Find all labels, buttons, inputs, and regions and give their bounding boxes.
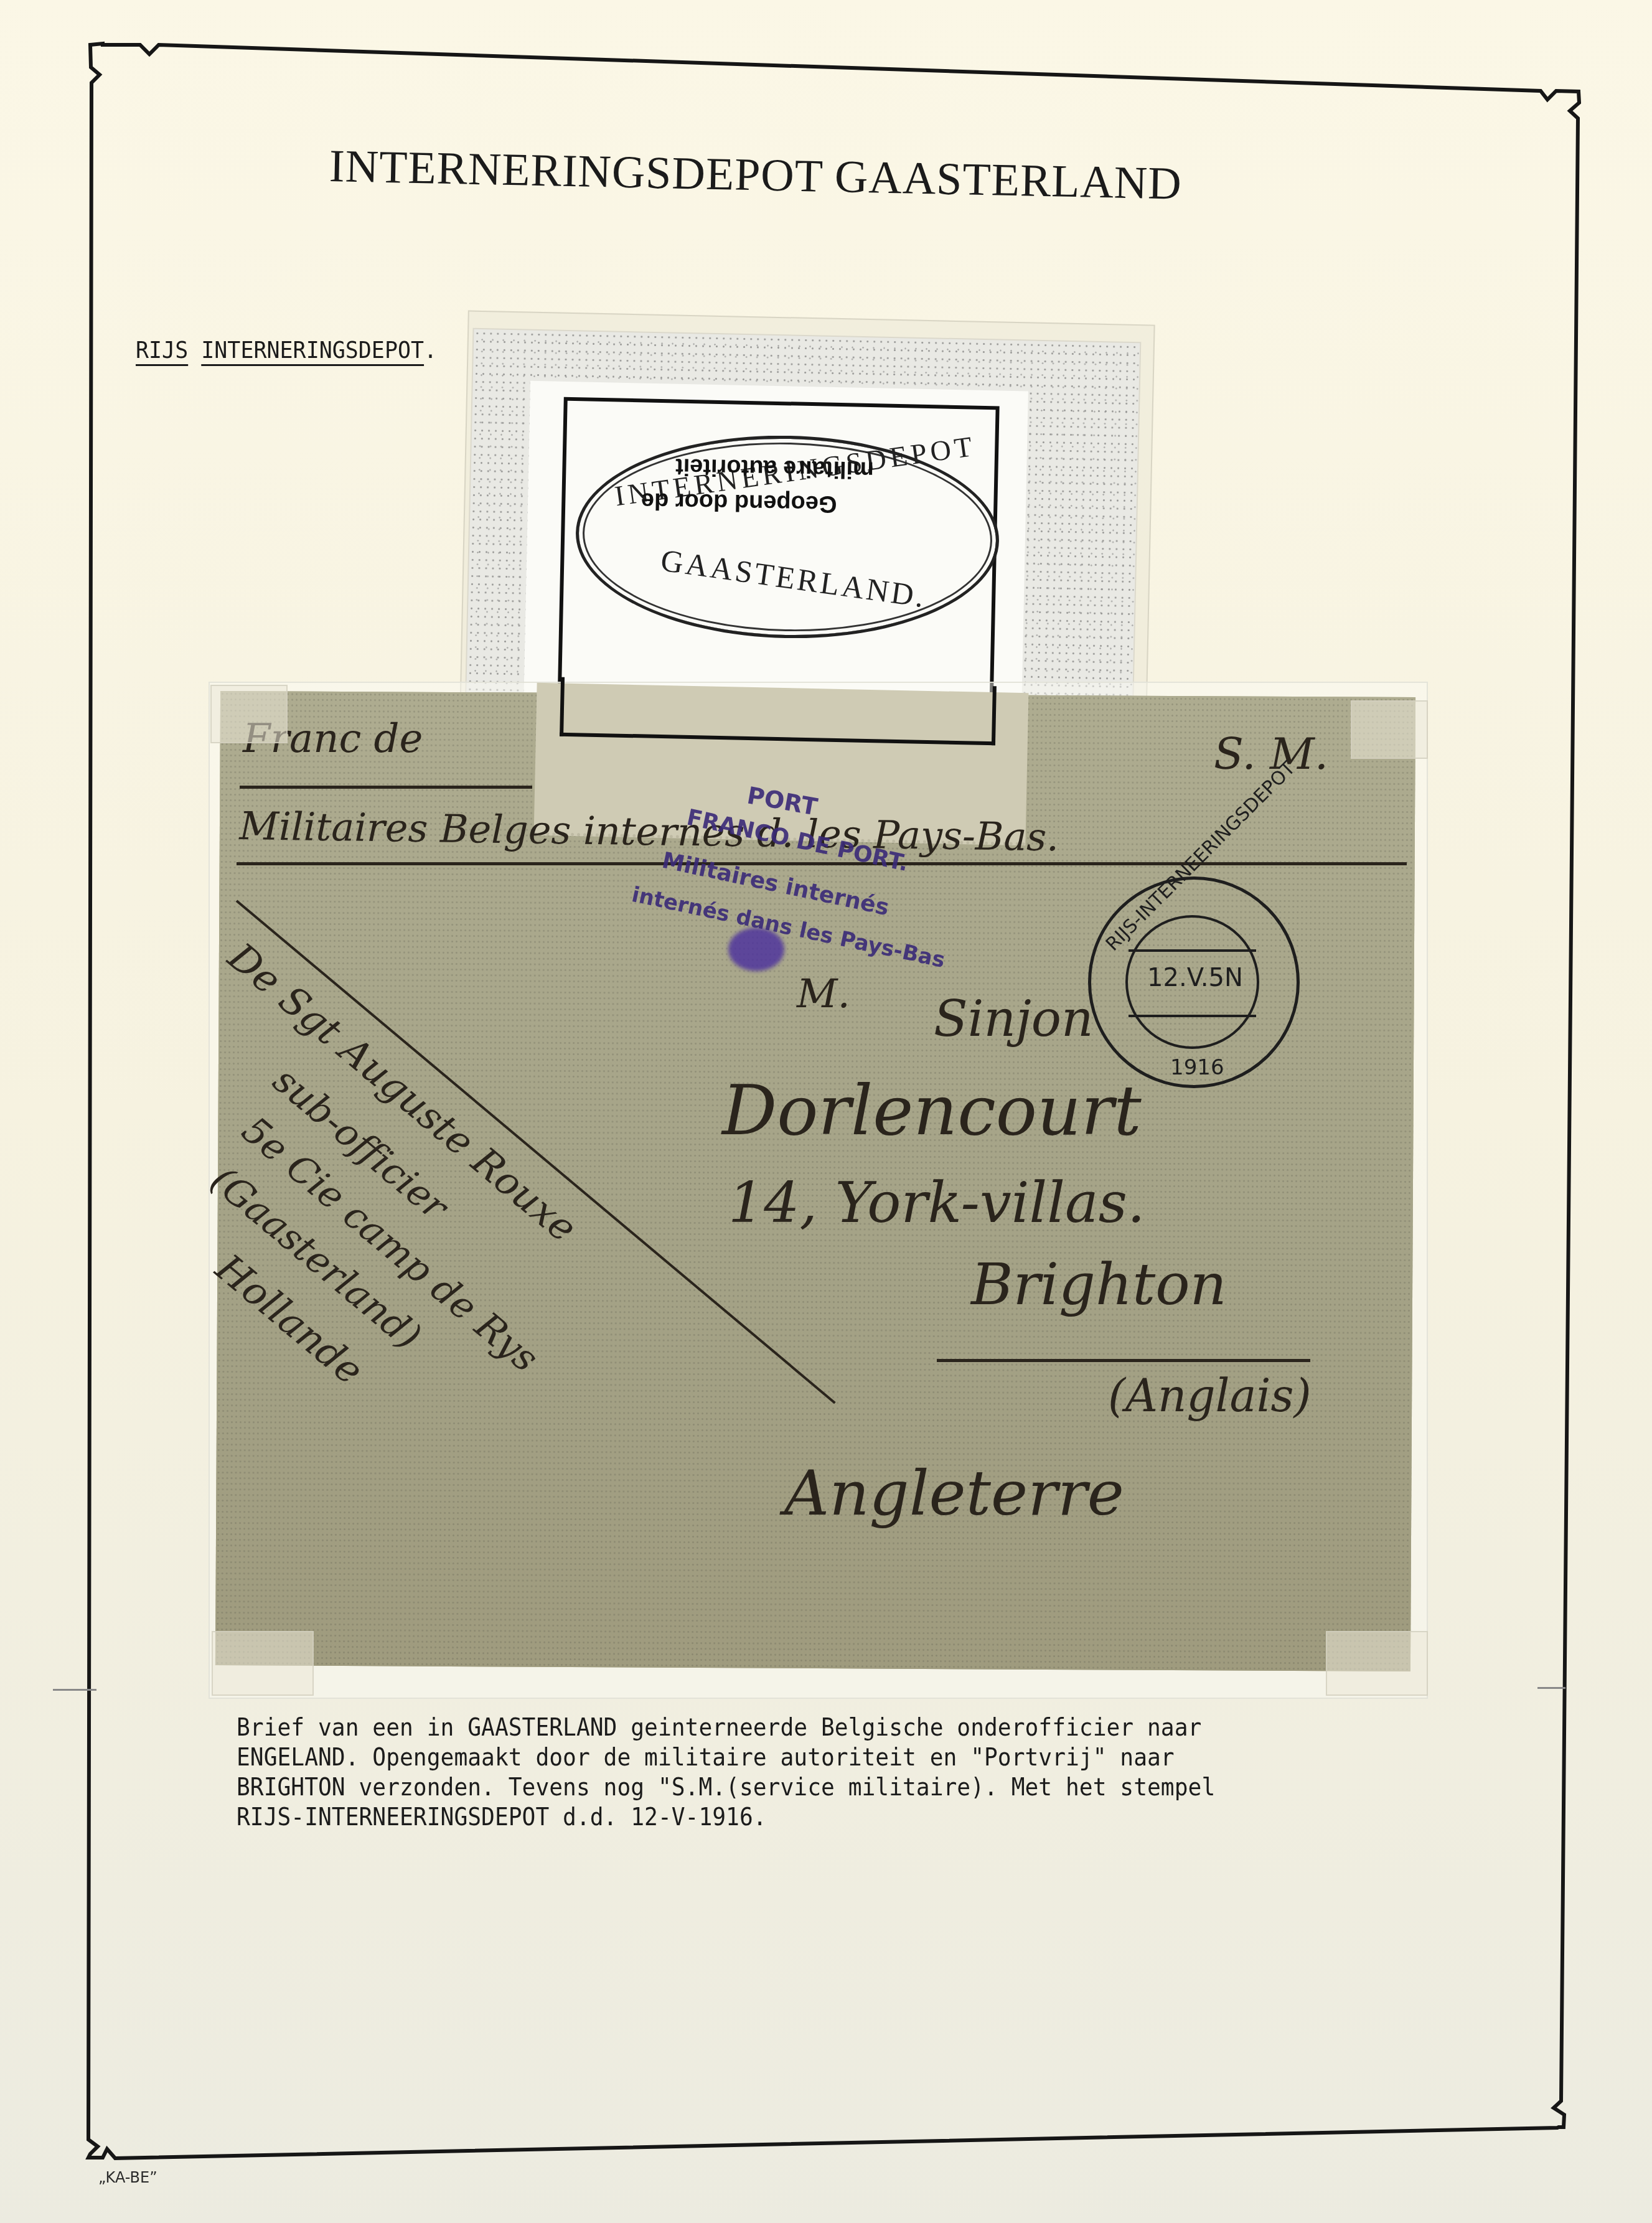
publisher-mark: „KA-BE”	[98, 2169, 157, 2186]
address-line-street: 14, York-villas.	[728, 1170, 1145, 1236]
censor-inner-line-1: Geopend door de	[641, 487, 837, 517]
corner-mount-top-left	[210, 685, 288, 743]
description-caption: Brief van een in GAASTERLAND geinterneer…	[237, 1713, 1325, 1833]
alignment-tick-right	[1537, 1687, 1565, 1689]
caption-line-3: BRIGHTON verzonden. Tevens nog "S.M.(ser…	[237, 1773, 1325, 1803]
corner-mount-bottom-left	[212, 1631, 314, 1696]
caption-line-4: RIJS-INTERNEERINGSDEPOT d.d. 12-V-1916.	[237, 1803, 1325, 1833]
section-heading: RIJS INTERNERINGSDEPOT.	[136, 336, 437, 364]
address-line-country: Angleterre	[784, 1457, 1124, 1530]
address-line-city: Brighton	[971, 1251, 1227, 1318]
address-line-name: Sinjon	[934, 990, 1093, 1048]
heading-period: .	[424, 336, 437, 364]
postmark-year: 1916	[1170, 1055, 1224, 1080]
address-line-m: M.	[797, 971, 850, 1017]
corner-mount-top-right	[1351, 700, 1428, 759]
censor-label-lower-border	[560, 677, 997, 746]
heading-word-rijs: RIJS	[136, 336, 188, 364]
caption-line-1: Brief van een in GAASTERLAND geinterneer…	[237, 1713, 1325, 1743]
postmark-date: 12.V.5N	[1139, 964, 1251, 992]
alignment-tick-left	[53, 1689, 96, 1691]
address-line-surname: Dorlencourt	[722, 1071, 1142, 1150]
corner-mount-bottom-right	[1326, 1631, 1428, 1696]
envelope-rule-2	[237, 862, 1407, 865]
address-city-underline	[937, 1359, 1310, 1362]
postmark-bar-top	[1129, 949, 1256, 952]
censor-inner-line-2: militaire autoriteit	[675, 453, 875, 483]
envelope-rule-1	[240, 786, 532, 789]
caption-line-2: ENGELAND. Opengemaakt door de militaire …	[237, 1743, 1325, 1773]
postmark-bar-bottom	[1129, 1015, 1256, 1017]
address-line-country-paren: (Anglais)	[1108, 1370, 1312, 1422]
heading-word-interneringsdepot: INTERNERINGSDEPOT	[201, 336, 424, 364]
